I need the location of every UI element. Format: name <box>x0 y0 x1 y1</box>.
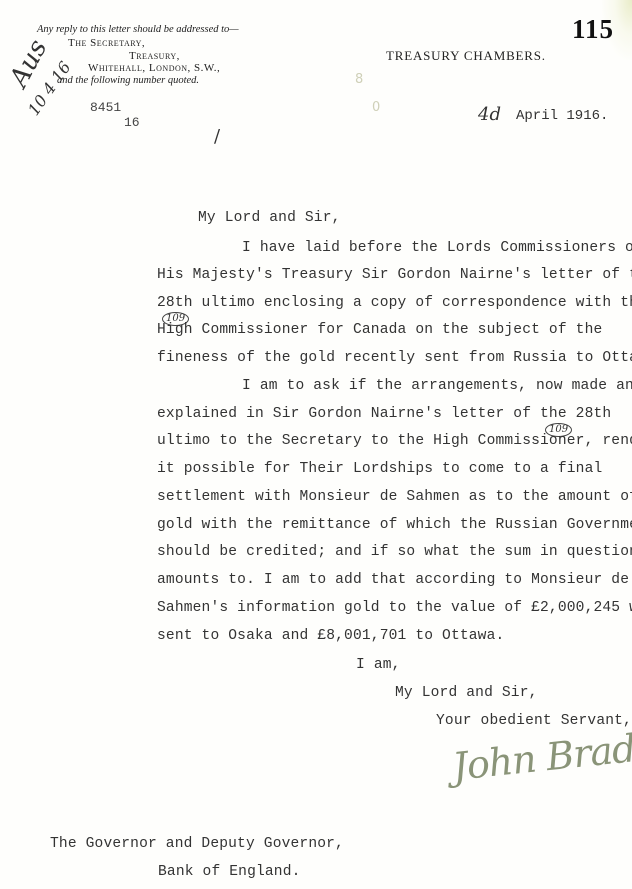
paragraph-1-line: High Commissioner for Canada on the subj… <box>157 322 602 338</box>
salutation: My Lord and Sir, <box>198 210 341 226</box>
address-line-whitehall: Whitehall, London, S.W., <box>88 62 220 74</box>
handwritten-date-day: 4d <box>478 104 501 125</box>
addressee-line: Bank of England. <box>158 864 301 880</box>
paragraph-2-line: ultimo to the Secretary to the High Comm… <box>157 433 632 449</box>
address-line-secretary: The Secretary, <box>68 37 145 49</box>
paragraph-2-line: sent to Osaka and £8,001,701 to Ottawa. <box>157 628 504 644</box>
paragraph-2-line: it possible for Their Lordships to come … <box>157 461 602 477</box>
reply-notice: Any reply to this letter should be addre… <box>37 24 239 35</box>
paragraph-2-line: I am to ask if the arrangements, now mad… <box>242 378 632 394</box>
closing-line: Your obedient Servant, <box>436 713 632 729</box>
paragraph-2-line: gold with the remittance of which the Ru… <box>157 517 632 533</box>
reference-number: 8451 <box>90 100 121 115</box>
number-notice: and the following number quoted. <box>57 75 199 86</box>
address-line-treasury: Treasury, <box>129 50 180 62</box>
pencil-mark: 8 <box>355 72 363 87</box>
closing-line: My Lord and Sir, <box>395 685 538 701</box>
letter-date: April 1916. <box>516 108 608 124</box>
paragraph-2-line: settlement with Monsieur de Sahmen as to… <box>157 489 632 505</box>
paragraph-2-line: explained in Sir Gordon Nairne's letter … <box>157 406 611 422</box>
handwritten-slash: / <box>214 126 220 147</box>
paragraph-2-line: should be credited; and if so what the s… <box>157 544 632 560</box>
paragraph-1-line: His Majesty's Treasury Sir Gordon Nairne… <box>157 267 632 283</box>
pencil-mark: 0 <box>372 100 380 115</box>
paragraph-1-line: fineness of the gold recently sent from … <box>157 350 632 366</box>
paragraph-1-line: 28th ultimo enclosing a copy of correspo… <box>157 295 632 311</box>
closing-line: I am, <box>356 657 401 673</box>
letter-page: Any reply to this letter should be addre… <box>0 0 632 889</box>
page-number: 115 <box>572 14 614 45</box>
office-heading: TREASURY CHAMBERS. <box>386 48 546 64</box>
paragraph-2-line: Sahmen's information gold to the value o… <box>157 600 632 616</box>
reference-year: 16 <box>124 115 140 130</box>
paragraph-2-line: amounts to. I am to add that according t… <box>157 572 629 588</box>
addressee-line: The Governor and Deputy Governor, <box>50 836 344 852</box>
paragraph-1-line: I have laid before the Lords Commissione… <box>242 240 632 256</box>
